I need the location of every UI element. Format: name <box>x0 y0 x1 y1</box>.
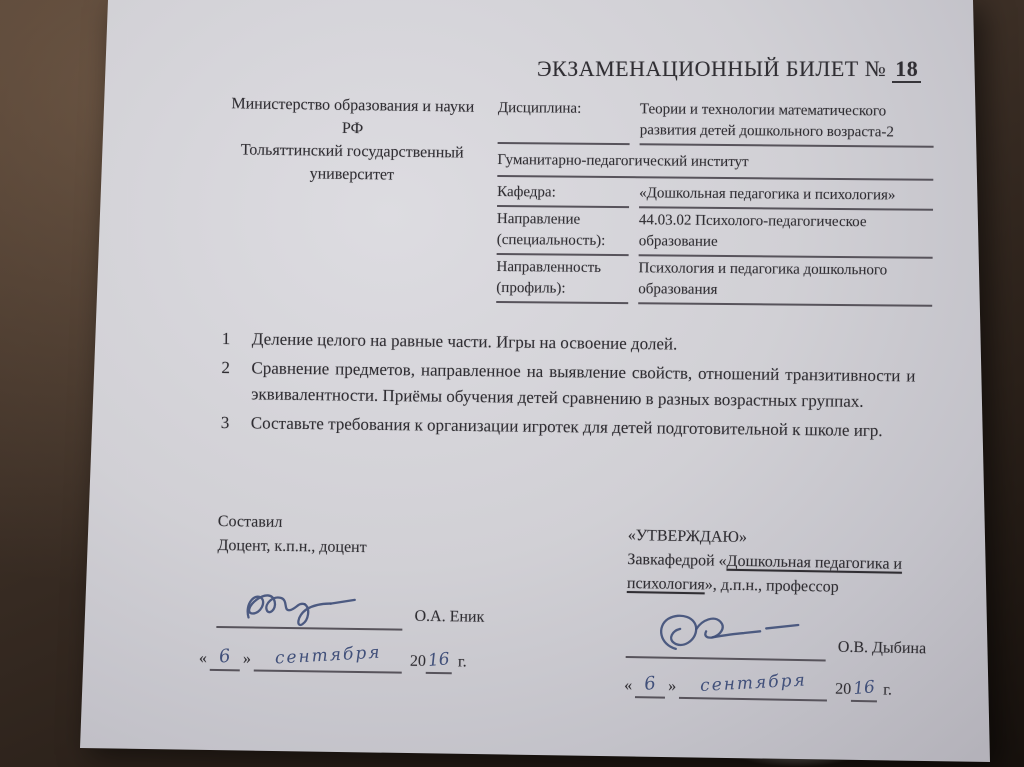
field-profile-row: Направленность (профиль): Психология и п… <box>496 257 932 307</box>
approver-date-row: « 6 » сентября 20 16 г. <box>621 671 945 704</box>
question-item: 3 Составьте требования к организации игр… <box>221 410 915 444</box>
composer-block: Составил Доцент, к.п.н., доцент О.А. Ени… <box>216 510 548 676</box>
approver-signature-line <box>626 612 827 661</box>
composer-position: Доцент, к.п.н., доцент <box>217 534 547 563</box>
quote-close: » <box>665 675 679 699</box>
question-number: 3 <box>221 410 251 436</box>
question-text: Составьте требования к организации игрот… <box>251 410 915 444</box>
approver-role-suffix: », д.п.н., профессор <box>705 576 839 595</box>
date-month-slot: сентября <box>254 645 402 674</box>
university-header-block: Министерство образования и науки РФ Толь… <box>227 92 478 187</box>
header-fields-block: Дисциплина: Теории и технологии математи… <box>496 98 934 307</box>
date-day-slot: 6 <box>635 671 665 699</box>
photo-background: ЭКЗАМЕНАЦИОННЫЙ БИЛЕТ № 18 Министерство … <box>0 0 1024 767</box>
field-department-label: Кафедра: <box>497 182 629 208</box>
composer-signature-row: О.А. Еник <box>216 582 547 633</box>
handwritten-month: сентября <box>274 641 382 671</box>
date-century: 20 <box>410 650 426 674</box>
field-discipline-value: Теории и технологии математического разв… <box>640 99 934 148</box>
composer-name: О.А. Еник <box>414 605 484 632</box>
approver-name: О.В. Дыбина <box>838 636 927 664</box>
field-department-value: «Дошкольная педагогика и психология» <box>639 183 933 211</box>
quote-open: « <box>621 674 635 698</box>
quote-open: « <box>196 647 210 671</box>
field-institute-value: Гуманитарно-педагогический институт <box>497 150 933 181</box>
field-profile-value: Психология и педагогика дошкольного обра… <box>638 258 932 307</box>
exam-ticket-paper: ЭКЗАМЕНАЦИОННЫЙ БИЛЕТ № 18 Министерство … <box>0 0 1024 767</box>
field-department-row: Кафедра: «Дошкольная педагогика и психол… <box>497 182 933 211</box>
university-text: Тольяттинский государственный университе… <box>227 138 478 187</box>
paper-shadow: ЭКЗАМЕНАЦИОННЫЙ БИЛЕТ № 18 Министерство … <box>0 0 1024 767</box>
date-suffix: г. <box>883 678 892 702</box>
questions-list: 1 Деление целого на равные части. Игры н… <box>221 326 916 447</box>
date-century: 20 <box>835 678 851 702</box>
enik-signature <box>238 583 389 635</box>
field-discipline-label: Дисциплина: <box>498 98 630 145</box>
document-title-text: ЭКЗАМЕНАЦИОННЫЙ БИЛЕТ № <box>537 56 886 81</box>
field-direction-value: 44.03.02 Психолого-педагогическое образо… <box>639 210 933 259</box>
date-day-slot: 6 <box>210 644 240 671</box>
field-direction-row: Направление (специальность): 44.03.02 Пс… <box>497 209 933 259</box>
composer-signature-line <box>216 582 403 631</box>
ticket-number: 18 <box>892 56 921 83</box>
handwritten-day: 6 <box>218 644 232 669</box>
field-direction-label: Направление (специальность): <box>497 209 629 256</box>
question-text: Сравнение предметов, направленное на выя… <box>251 355 916 415</box>
date-year-slot: 16 <box>426 647 452 674</box>
approval-block: «УТВЕРЖДАЮ» Завкафедрой «Дошкольная педа… <box>625 524 948 704</box>
handwritten-year: 16 <box>852 675 876 701</box>
approver-role-prefix: Завкафедрой « <box>627 551 727 570</box>
date-suffix: г. <box>458 650 467 674</box>
handwritten-day: 6 <box>643 672 657 697</box>
handwritten-month: сентября <box>699 668 807 698</box>
handwritten-year: 16 <box>427 647 451 673</box>
approver-role: Завкафедрой «Дошкольная педагогика и пси… <box>627 548 912 601</box>
field-discipline-row: Дисциплина: Теории и технологии математи… <box>498 98 934 148</box>
dybina-signature <box>648 608 829 666</box>
field-profile-label: Направленность (профиль): <box>496 257 628 304</box>
date-month-slot: сентября <box>679 672 827 702</box>
approver-signature-row: О.В. Дыбина <box>626 612 947 664</box>
document-title: ЭКЗАМЕНАЦИОННЫЙ БИЛЕТ № 18 <box>537 56 921 82</box>
question-text: Деление целого на равные части. Игры на … <box>252 326 916 360</box>
composer-date-row: « 6 » сентября 20 16 г. <box>196 644 546 676</box>
quote-close: » <box>240 647 254 671</box>
ministry-text: Министерство образования и науки РФ <box>227 92 478 141</box>
question-item: 2 Сравнение предметов, направленное на в… <box>221 355 916 415</box>
question-number: 2 <box>221 355 252 407</box>
question-number: 1 <box>222 326 252 352</box>
date-year-slot: 16 <box>851 675 877 702</box>
